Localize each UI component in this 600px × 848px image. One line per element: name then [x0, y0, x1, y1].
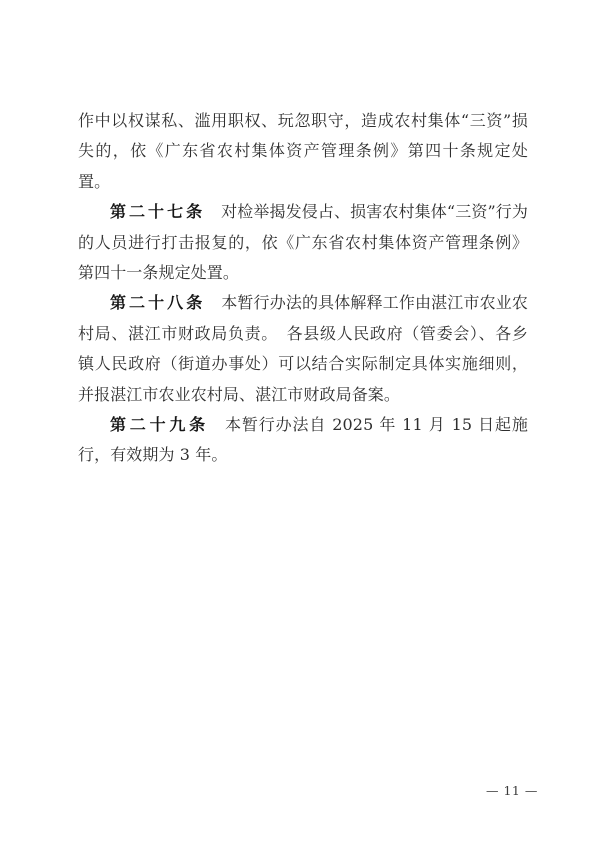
paragraph-article-28: 第二十八条本暂行办法的具体解释工作由湛江市农业农村局、湛江市财政局负责。 各县级…	[78, 288, 528, 410]
article-29-label: 第二十九条	[110, 415, 209, 434]
document-page: 作中以权谋私、滥用职权、玩忽职守，造成农村集体“三资”损失的，依《广东省农村集体…	[0, 0, 600, 848]
paragraph-article-27: 第二十七条对检举揭发侵占、损害农村集体“三资”行为的人员进行打击报复的，依《广东…	[78, 197, 528, 288]
page-number: — 11 —	[486, 783, 538, 799]
paragraph-continuation: 作中以权谋私、滥用职权、玩忽职守，造成农村集体“三资”损失的，依《广东省农村集体…	[78, 106, 528, 197]
paragraph-text: 作中以权谋私、滥用职权、玩忽职守，造成农村集体“三资”损失的，依《广东省农村集体…	[78, 111, 528, 191]
article-27-label: 第二十七条	[110, 202, 205, 221]
article-28-label: 第二十八条	[110, 293, 205, 312]
document-body: 作中以权谋私、滥用职权、玩忽职守，造成农村集体“三资”损失的，依《广东省农村集体…	[78, 106, 528, 471]
paragraph-article-29: 第二十九条本暂行办法自 2025 年 11 月 15 日起施行，有效期为 3 年…	[78, 410, 528, 471]
